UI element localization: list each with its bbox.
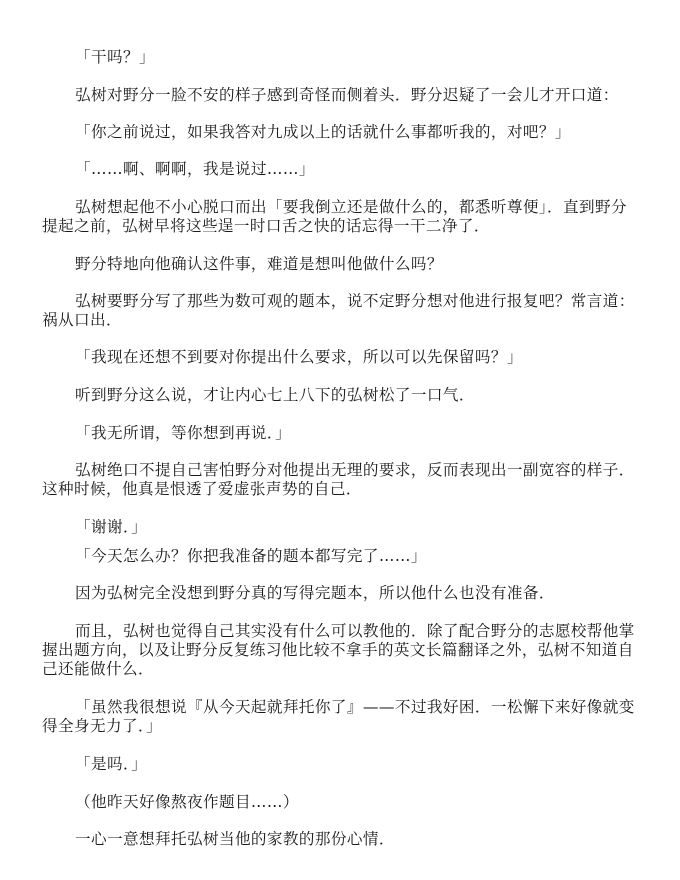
paragraph: 因为弘树完全没想到野分真的写得完题本，所以他什么也没有准备． [42,584,642,603]
paragraph: 弘树绝口不提自己害怕野分对他提出无理的要求，反而表现出一副宽容的样子．这种时候，… [42,461,642,499]
paragraph: （他昨天好像熬夜作题目……） [42,793,642,812]
paragraph: 「谢谢．」 [42,518,642,537]
paragraph: 野分特地向他确认这件事，难道是想叫他做什么吗？ [42,255,642,274]
paragraph: 弘树要野分写了那些为数可观的题本，说不定野分想对他进行报复吧？常言道：祸从口出． [42,292,642,330]
paragraph: 「……啊、啊啊，我是说过……」 [42,160,642,179]
paragraph: 一心一意想拜托弘树当他的家教的那份心情． [42,830,642,849]
paragraph: 「今天怎么办？你把我准备的题本都写完了……」 [42,547,642,566]
paragraph: 听到野分这么说，才让内心七上八下的弘树松了一口气． [42,386,642,405]
paragraph: 而且，弘树也觉得自己其实没有什么可以教他的．除了配合野分的志愿校帮他掌握出题方向… [42,622,642,679]
paragraph: 「你之前说过，如果我答对九成以上的话就什么事都听我的，对吧？」 [42,123,642,142]
paragraph: 弘树想起他不小心脱口而出「要我倒立还是做什么的，都悉听尊便」．直到野分提起之前，… [42,198,642,236]
paragraph: 「干吗？」 [42,48,642,67]
paragraph: 「是吗．」 [42,755,642,774]
paragraph: 弘树对野分一脸不安的样子感到奇怪而侧着头．野分迟疑了一会儿才开口道： [42,86,642,105]
paragraph: 「虽然我很想说『从今天起就拜托你了』——不过我好困．一松懈下来好像就变得全身无力… [42,698,642,736]
paragraph: 「我现在还想不到要对你提出什么要求，所以可以先保留吗？」 [42,348,642,367]
paragraph: 「我无所谓，等你想到再说．」 [42,424,642,443]
